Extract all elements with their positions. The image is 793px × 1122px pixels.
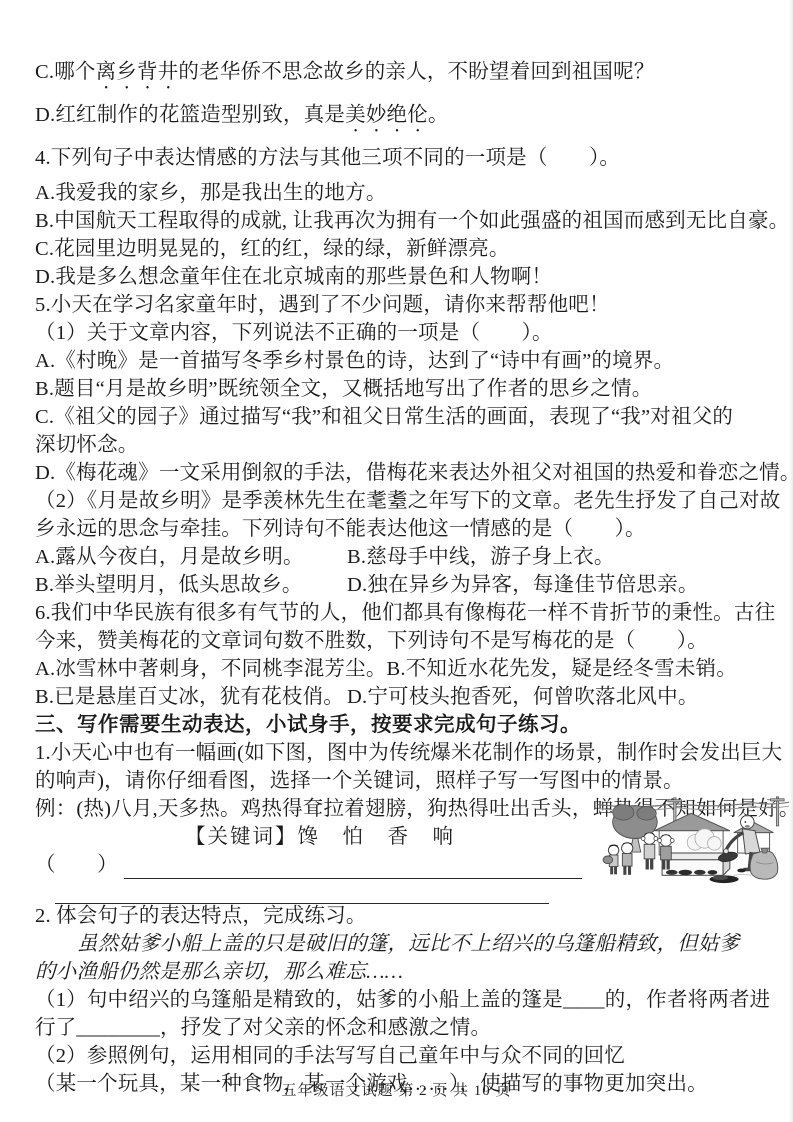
q5-sub2-stem-cont: 乡永远的思念与牵挂。下列诗句不能表达他这一情感的是（ ）。	[35, 515, 765, 543]
q5-sub2-option-d: D.独在异乡为异客，每逢佳节倍思亲。	[347, 571, 699, 599]
ground-line	[734, 874, 751, 875]
q5-sub1-option-d: D.《梅花魂》一文采用倒叙的手法，借梅花来表达外祖父对祖国的热爱和眷恋之情。	[35, 459, 765, 487]
q5-sub1-option-c-cont: 深切怀念。	[35, 431, 765, 459]
q5-sub2-option-row-1: A.露从今夜白，月是故乡明。 B.慈母手中线，游子身上衣。	[35, 543, 765, 571]
answer-blank-2	[55, 882, 549, 904]
q3-option-d-emphasized: 美妙绝伦	[345, 104, 428, 126]
ground-bag	[710, 875, 739, 883]
q2-sub2: （2）参照例句，运用相同的手法写写自己童年中与众不同的回忆	[35, 1042, 765, 1070]
q4-option-d: D.我是多么想念童年住在北京城南的那些景色和人物啊！	[35, 263, 765, 291]
q2-quote-cont: 的小渔船仍然是那么亲切，那么难忘……	[35, 958, 765, 986]
q3-option-d: D.红红制作的花篮造型别致，真是美妙绝伦。	[35, 101, 765, 137]
child-3	[641, 833, 657, 870]
section3-q1-stem-cont: 的响声)，请你仔细看图，选择一个关键词，照样子写一写图中的情景。	[35, 767, 765, 795]
q3-option-c: C.哪个离乡背井的老华侨不思念故乡的亲人，不盼望着回到祖国呢？	[35, 58, 765, 94]
q5-sub2-option-row-2: B.举头望明月，低头思故乡。 D.独在异乡为异客，每逢佳节倍思亲。	[35, 571, 765, 599]
q6-option-row-1: A.冰雪林中著刺身，不同桃李混芳尘。B.不知近水花先发，疑是经冬雪未销。	[35, 655, 765, 683]
page-footer: 五年级语文试题 第 2 页 共 10 页	[0, 1079, 793, 1100]
section3-heading: 三、写作需要生动表达，小试身手，按要求完成句子练习。	[35, 711, 765, 739]
q3-option-c-pre: C.哪个	[35, 61, 96, 83]
q2-sub1: （1）句中绍兴的乌篷船是精致的，姑爹的小船上盖的篷是____的，作者将两者进	[35, 986, 765, 1014]
q4-stem: 4.下列句子中表达情感的方法与其他三项不同的一项是（ ）。	[35, 144, 765, 172]
q4-option-c: C.花园里边明晃晃的，红的红，绿的绿，新鲜漂亮。	[35, 235, 765, 263]
q5-sub2-option-c: B.举头望明月，低头思故乡。	[35, 571, 347, 599]
q2-quote: 虽然姑爹小船上盖的只是破旧的篷，远比不上绍兴的乌篷船精致，但姑爹	[35, 930, 765, 958]
exam-page: C.哪个离乡背井的老华侨不思念故乡的亲人，不盼望着回到祖国呢？ D.红红制作的花…	[0, 0, 793, 1122]
power-pole-right	[771, 797, 785, 826]
answer-keyword-parens: （ ）	[35, 851, 118, 879]
q5-sub2-option-b: B.慈母手中线，游子身上衣。	[347, 543, 615, 571]
q6-option-row-2: B.已是悬崖百丈冰，犹有花枝俏。 D.宁可枝头抱香死，何曾吹落北风中。	[35, 683, 765, 711]
q5-sub1-option-b: B.题目“月是故乡明”既统领全文，又概括地写出了作者的思乡之情。	[35, 375, 765, 403]
q5-stem: 5.小天在学习名家童年时，遇到了不少问题，请你来帮帮他吧！	[35, 291, 765, 319]
q3-option-c-emphasized: 离乡背井	[96, 61, 179, 83]
q6-option-b2: B.已是悬崖百丈冰，犹有花枝俏。	[35, 683, 347, 711]
child-2	[622, 843, 633, 875]
keywords-list: 馋 怕 香 响	[298, 826, 456, 848]
q2-sub1-cont: 行了________，抒发了对父亲的怀念和感激之情。	[35, 1014, 765, 1042]
q3-option-d-post: 。	[428, 104, 449, 126]
section3-q2-stem: 2. 体会句子的表达特点，完成练习。	[35, 902, 765, 930]
answer-blank-1	[124, 857, 582, 879]
toddler-toy	[603, 856, 613, 864]
children-group	[603, 833, 674, 875]
q4-option-b: B.中国航天工程取得的成就, 让我再次为拥有一个如此强盛的祖国而感到无比自豪。	[35, 207, 765, 235]
q5-sub1-option-a: A.《村晚》是一首描写冬季乡村景色的诗，达到了“诗中有画”的境界。	[35, 347, 765, 375]
section3-q1-stem: 1.小天心中也有一幅画(如下图，图中为传统爆米花制作的场景，制作时会发出巨大	[35, 739, 765, 767]
q5-sub1-stem: （1）关于文章内容，下列说法不正确的一项是（ ）。	[35, 319, 765, 347]
q6-stem-cont: 今来，赞美梅花的文章词句数不胜数，下列诗句不是写梅花的是（ ）。	[35, 627, 765, 655]
scan-edge-shadow	[789, 0, 793, 1122]
q5-sub2-stem: （2）《月是故乡明》是季羡林先生在耄耋之年写下的文章。老先生抒发了自己对故	[35, 487, 765, 515]
q4-option-a: A.我爱我的家乡，那是我出生的地方。	[35, 179, 765, 207]
q5-sub1-option-c: C.《祖父的园子》通过描写“我”和祖父日常生活的画面，表现了“我”对祖父的	[35, 403, 765, 431]
q6-stem: 6.我们中华民族有很多有气节的人，他们都具有像梅花一样不肯折节的秉性。古往	[35, 599, 765, 627]
q5-sub2-option-a: A.露从今夜白，月是故乡明。	[35, 543, 347, 571]
answer-line-2	[35, 882, 765, 904]
q6-option-d: D.宁可枝头抱香死，何曾吹落北风中。	[347, 683, 699, 711]
popcorn-making-scene-illustration	[598, 792, 792, 885]
q3-option-d-pre: D.红红制作的花篮造型别致，真是	[35, 104, 345, 126]
q3-option-c-post: 的老华侨不思念故乡的亲人，不盼望着回到祖国呢？	[178, 61, 654, 83]
keywords-label: 【关键词】	[185, 826, 298, 848]
